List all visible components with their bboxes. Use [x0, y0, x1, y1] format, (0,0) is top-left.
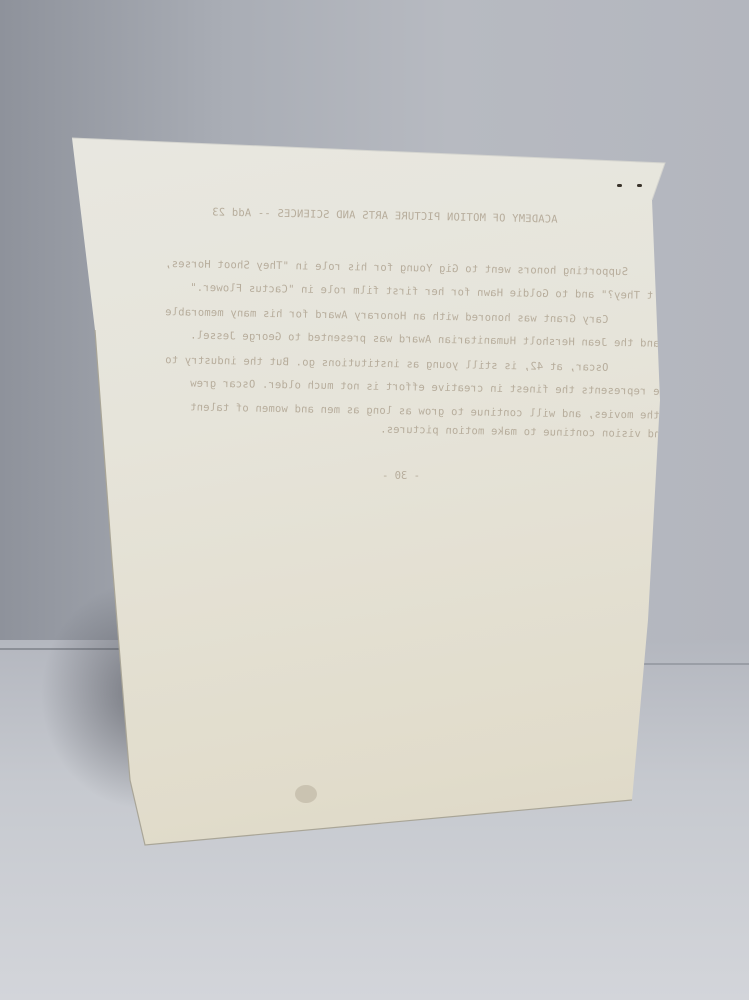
staple-hole-icon: [617, 184, 622, 187]
document-line: Don't They?" and to Goldie Hawn for her …: [190, 282, 679, 303]
document-line: and vision continue to make motion pictu…: [380, 423, 667, 440]
staple-hole-icon: [637, 184, 642, 187]
document-line: which he represents the finest in creati…: [190, 378, 705, 399]
floor-seam: [640, 663, 749, 665]
document-line: Cary Grant was honored with an Honorary …: [165, 306, 609, 326]
document-line: roles and the Jean Hersholt Humanitarian…: [190, 330, 699, 351]
document-line: Oscar, at 42, is still young as institut…: [165, 354, 609, 374]
document-line: up with the movies, and will continue to…: [190, 401, 712, 422]
page-end-marker: - 30 -: [382, 470, 420, 482]
document-line: Supporting honors went to Gig Young for …: [165, 258, 628, 278]
document-header: ACADEMY OF MOTION PICTURE ARTS AND SCIEN…: [212, 206, 558, 225]
paper-stain: [295, 785, 317, 803]
